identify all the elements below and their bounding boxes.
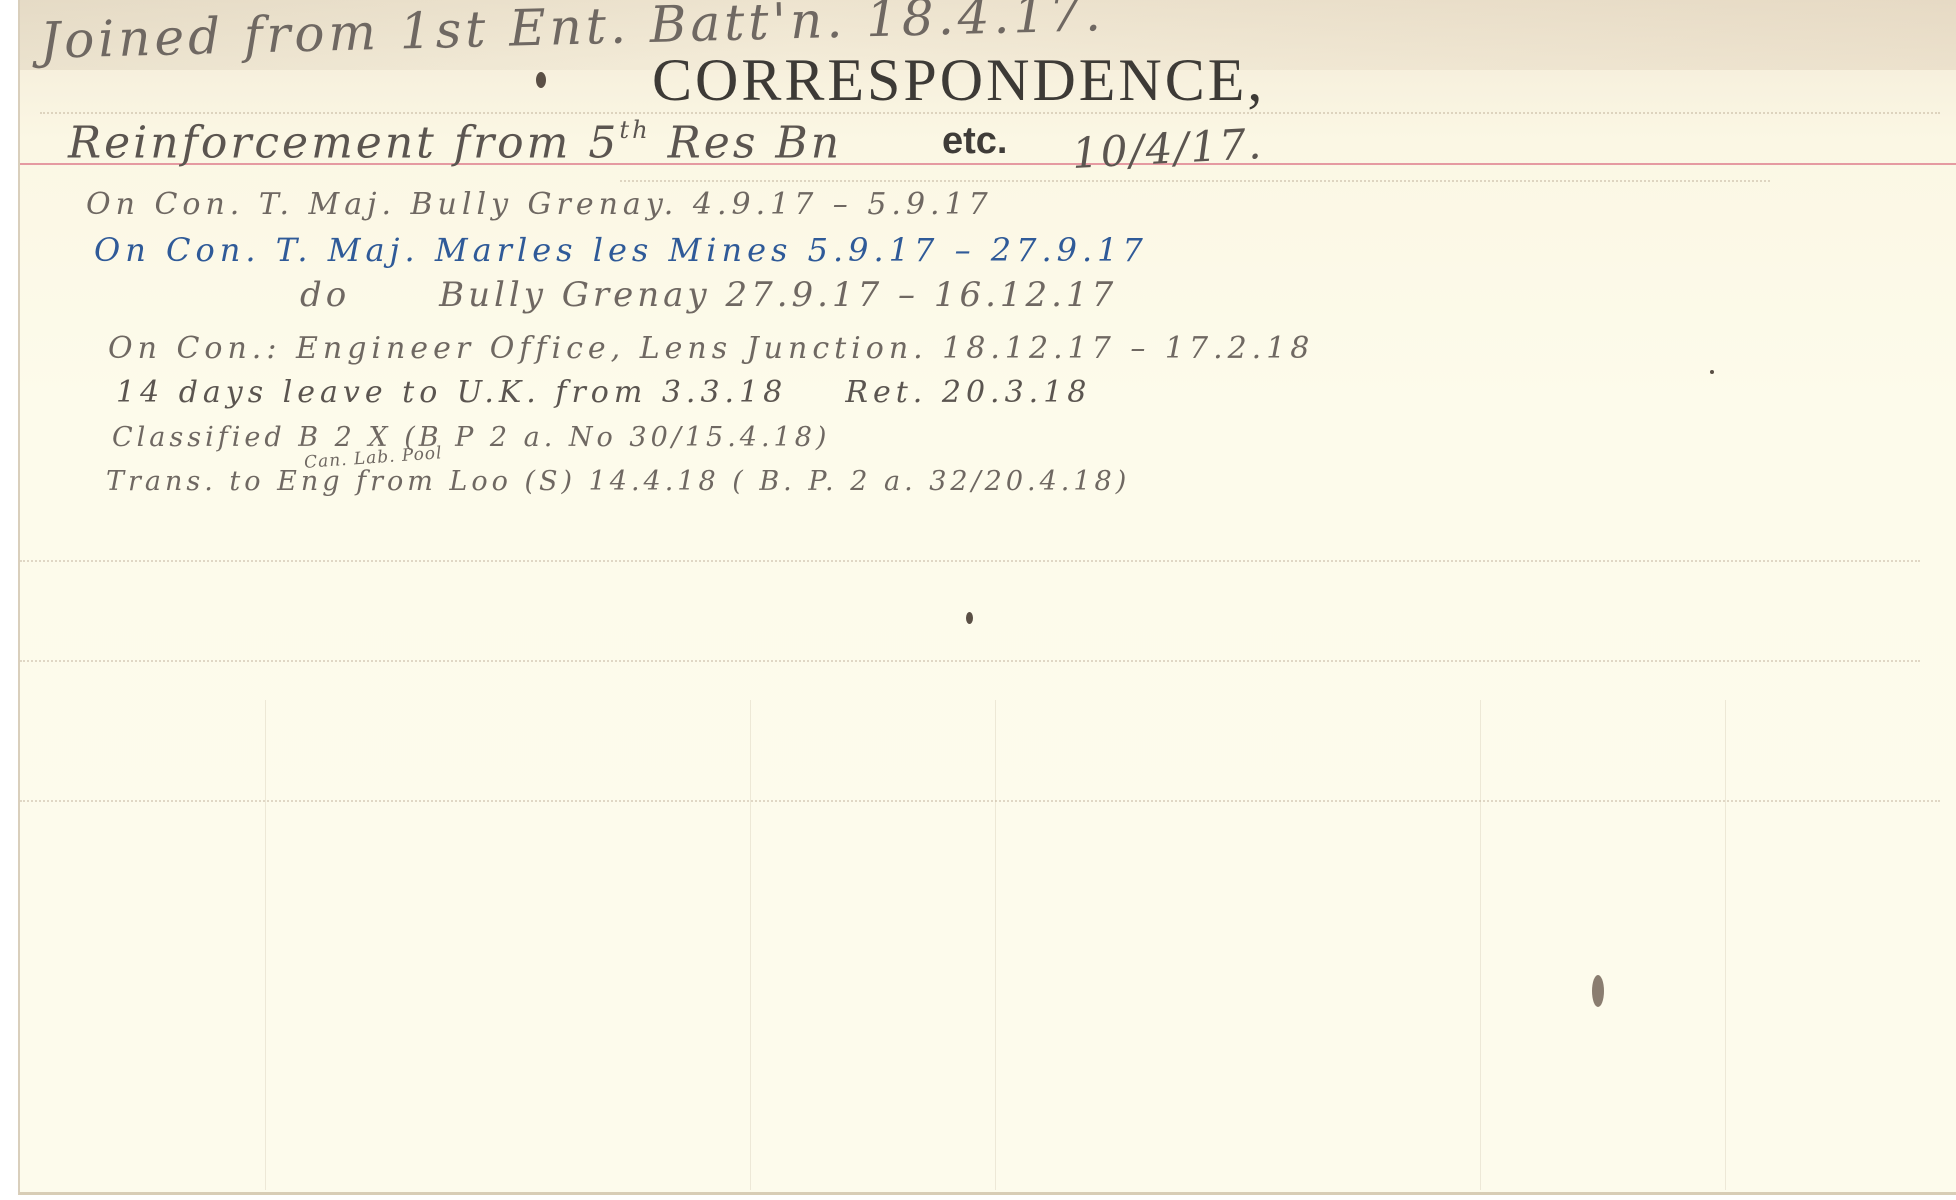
column-guide	[750, 700, 751, 1190]
record-card: CORRESPONDENCE, etc. Joined from 1st Ent…	[18, 0, 1956, 1195]
dotted-rule	[620, 180, 1770, 182]
entry-engineer-office: On Con.: Engineer Office, Lens Junction.…	[108, 334, 1314, 364]
entry-leave: 14 days leave to U.K. from 3.3.18 Ret. 2…	[116, 378, 1091, 408]
ink-spot	[1710, 370, 1714, 374]
column-guide	[1480, 700, 1481, 1190]
dotted-rule	[20, 800, 1940, 802]
entry-reinforcement-date: 10/4/17.	[1071, 123, 1264, 175]
entry-classified: Classified B 2 X (B P 2 a. No 30/15.4.18…	[112, 424, 830, 451]
column-guide	[995, 700, 996, 1190]
printed-etc: etc.	[942, 122, 1007, 160]
ink-spot	[536, 72, 546, 88]
dotted-rule	[20, 560, 1920, 562]
column-guide	[265, 700, 266, 1190]
entry-bully-grenay-2: do Bully Grenay 27.9.17 – 16.12.17	[300, 278, 1117, 312]
ink-spot	[1592, 975, 1604, 1007]
entry-reinforcement-tail: Res Bn	[651, 117, 842, 168]
dotted-rule	[20, 660, 1920, 662]
entry-reinforcement-sup: th	[619, 116, 650, 144]
entry-reinforcement-text: Reinforcement from 5	[68, 117, 619, 168]
entry-reinforcement: Reinforcement from 5th Res Bn	[68, 118, 842, 165]
entry-transfer: Trans. to Eng from Loo (S) 14.4.18 ( B. …	[106, 468, 1130, 495]
entry-marles-les-mines: On Con. T. Maj. Marles les Mines 5.9.17 …	[94, 234, 1148, 266]
ink-spot	[966, 612, 973, 624]
column-guide	[1725, 700, 1726, 1190]
printed-heading: CORRESPONDENCE,	[652, 50, 1265, 110]
entry-bully-grenay-1: On Con. T. Maj. Bully Grenay. 4.9.17 – 5…	[86, 190, 993, 220]
